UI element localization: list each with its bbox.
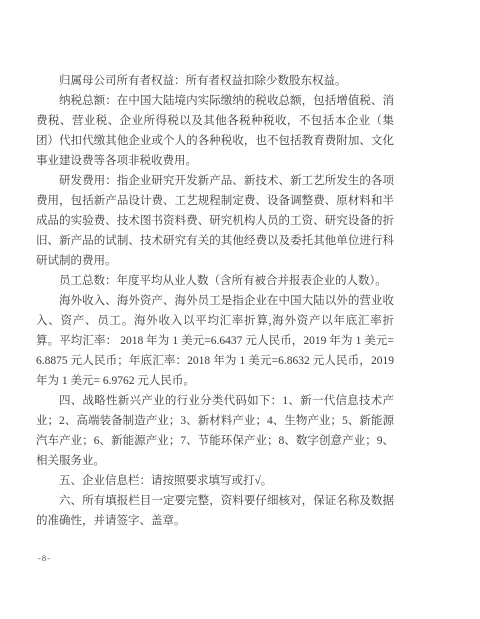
paragraph-strategic-industries: 四、战略性新兴产业的行业分类代码如下：1、新一代信息技术产业；2、高端装备制造产… (36, 391, 394, 471)
paragraph-completeness: 六、所有填报栏目一定要完整，资料要仔细核对，保证名称及数据的准确性，并请签字、盖… (36, 491, 394, 531)
paragraph-employee-total: 员工总数：年度平均从业人数（含所有被合并报表企业的人数）。 (36, 271, 394, 291)
document-page: 归属母公司所有者权益：所有者权益扣除少数股东权益。 纳税总额：在中国大陆境内实际… (0, 0, 480, 619)
document-body: 归属母公司所有者权益：所有者权益扣除少数股东权益。 纳税总额：在中国大陆境内实际… (36, 71, 394, 531)
paragraph-overseas-exchange-rates: 海外收入、海外资产、海外员工是指企业在中国大陆以外的营业收入、资产、员工。海外收… (36, 291, 394, 391)
page-number: -8- (38, 553, 51, 563)
paragraph-tax-total: 纳税总额：在中国大陆境内实际缴纳的税收总额，包括增值税、消费税、营业税、企业所得… (36, 91, 394, 171)
paragraph-rd-expense: 研发费用：指企业研究开发新产品、新技术、新工艺所发生的各项费用，包括新产品设计费… (36, 171, 394, 271)
paragraph-owner-equity: 归属母公司所有者权益：所有者权益扣除少数股东权益。 (36, 71, 394, 91)
paragraph-info-column: 五、企业信息栏：请按照要求填写或打√。 (36, 471, 394, 491)
